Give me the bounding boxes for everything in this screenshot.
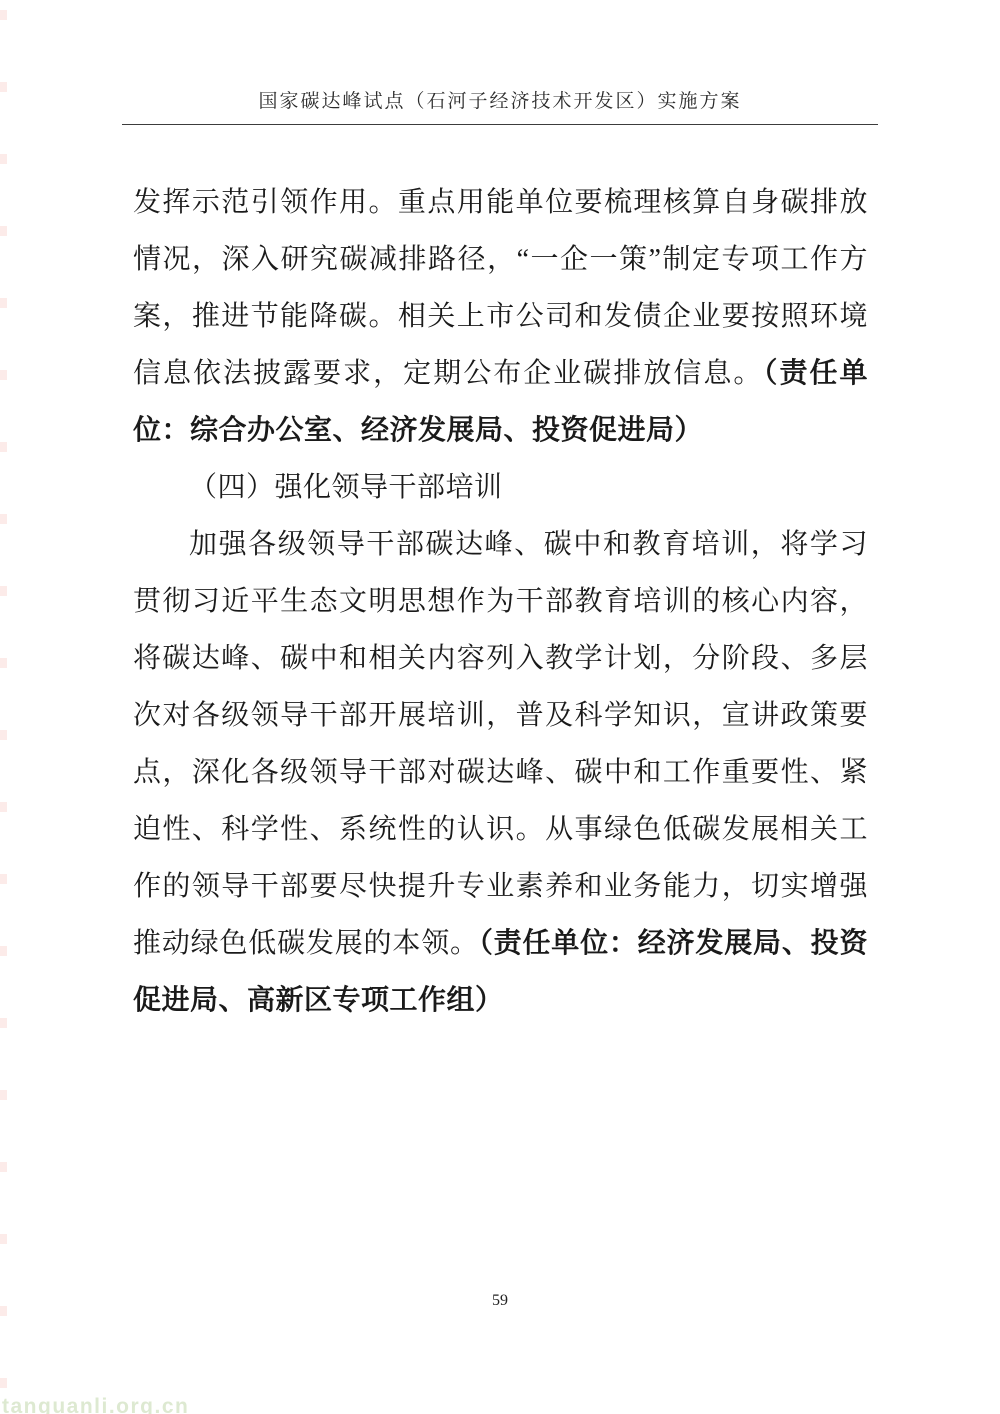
paragraph: 加强各级领导干部碳达峰、碳中和教育培训，将学习贯彻习近平生态文明思想作为干部教育… [133, 516, 868, 1029]
page-number: 59 [0, 1292, 1000, 1310]
paragraph-text: 发挥示范引领作用。重点用能单位要梳理核算自身碳排放情况，深入研究碳减排路径，“一… [133, 187, 868, 389]
header-title: 国家碳达峰试点（石河子经济技术开发区）实施方案 [122, 90, 878, 114]
paragraph-text: 加强各级领导干部碳达峰、碳中和教育培训，将学习贯彻习近平生态文明思想作为干部教育… [133, 529, 868, 959]
paragraph-continuation: 发挥示范引领作用。重点用能单位要梳理核算自身碳排放情况，深入研究碳减排路径，“一… [133, 174, 868, 459]
page-header: 国家碳达峰试点（石河子经济技术开发区）实施方案 [122, 0, 878, 125]
document-body: 发挥示范引领作用。重点用能单位要梳理核算自身碳排放情况，深入研究碳减排路径，“一… [133, 174, 868, 1029]
section-heading-text: （四）强化领导干部培训 [189, 472, 503, 503]
scan-artifact-marks [0, 10, 7, 1400]
section-heading: （四）强化领导干部培训 [133, 459, 868, 516]
document-page: 国家碳达峰试点（石河子经济技术开发区）实施方案 发挥示范引领作用。重点用能单位要… [0, 0, 1000, 1414]
watermark-text: tanguanli.org.cn [2, 1395, 189, 1414]
